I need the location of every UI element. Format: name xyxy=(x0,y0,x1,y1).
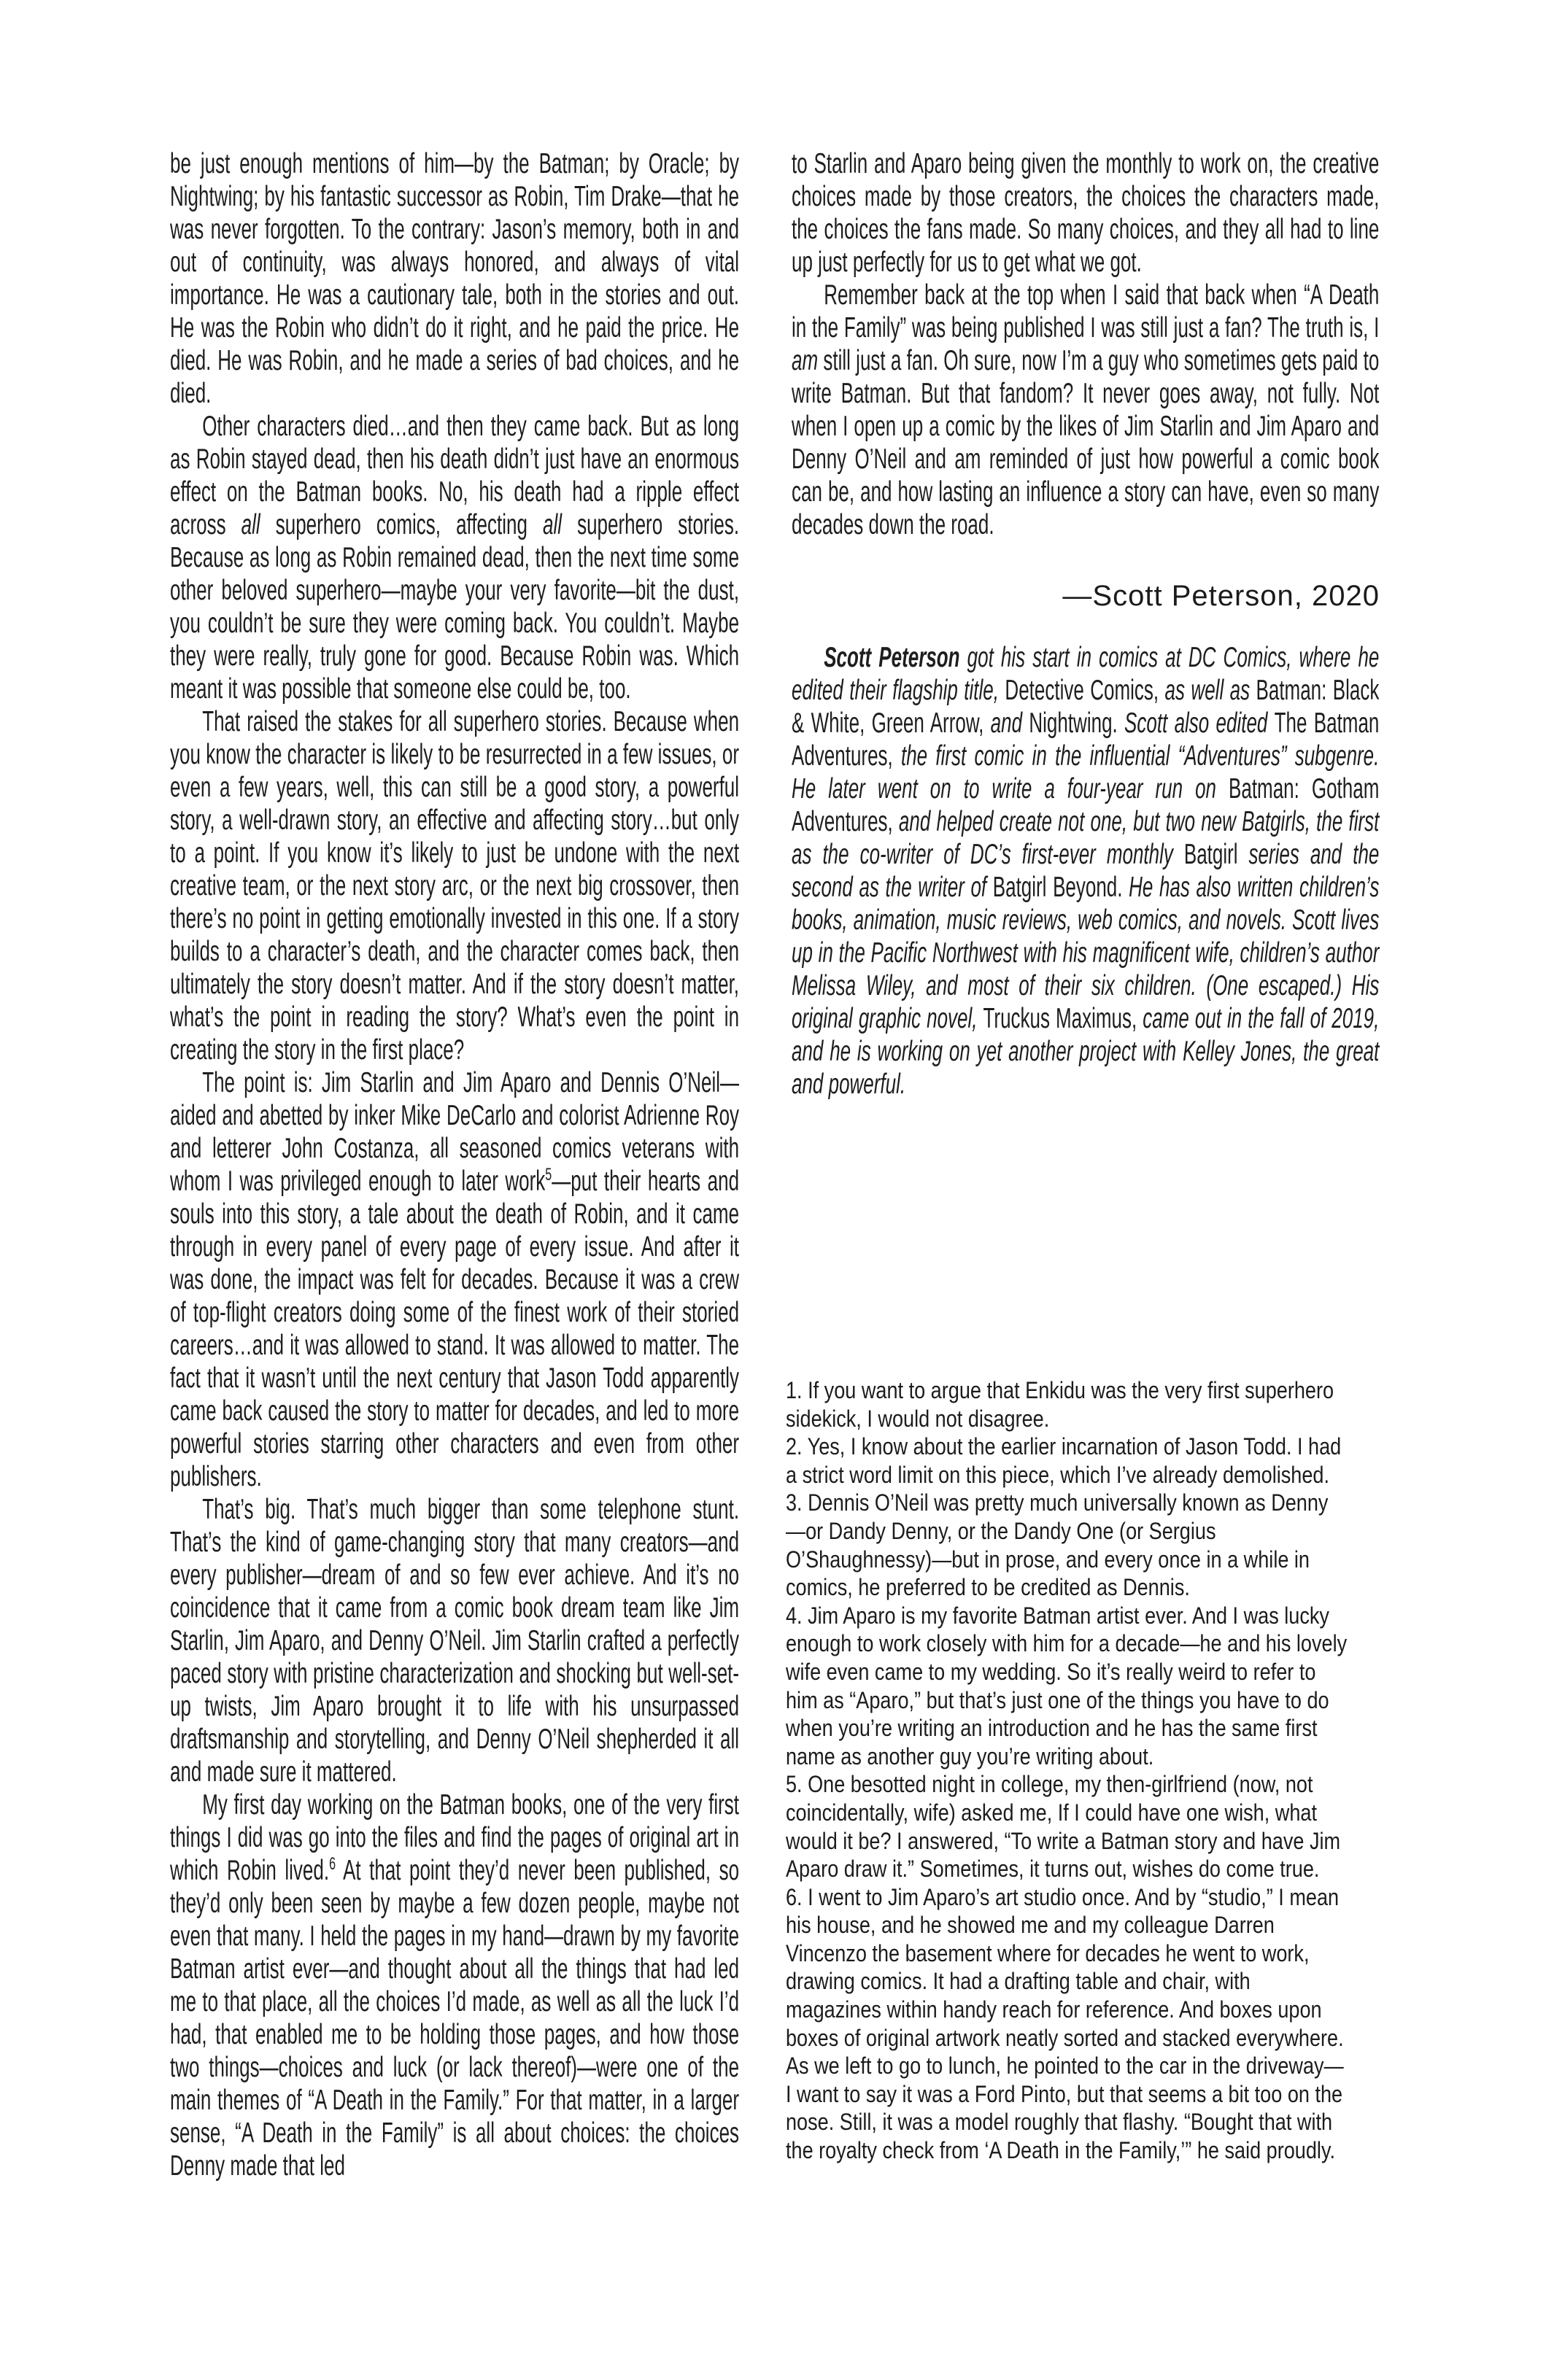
body-paragraph: That raised the stakes for all superhero… xyxy=(170,705,739,1066)
text-run: 3. Dennis O’Neil was pretty much univers… xyxy=(786,1489,1328,1600)
text-run: That’s big. That’s much bigger than some… xyxy=(170,1494,739,1788)
text-run: 5 xyxy=(545,1165,552,1185)
right-text-column: to Starlin and Aparo being given the mon… xyxy=(792,147,1379,541)
text-run: 5. One besotted night in college, my the… xyxy=(786,1771,1340,1882)
text-run: all xyxy=(543,509,562,540)
footnote-item: 1. If you want to argue that Enkidu was … xyxy=(786,1376,1348,1433)
body-paragraph: My first day working on the Batman books… xyxy=(170,1788,739,2182)
text-run: That raised the stakes for all superhero… xyxy=(170,706,739,1066)
footnotes: 1. If you want to argue that Enkidu was … xyxy=(786,1376,1348,2165)
text-run: as well as xyxy=(1159,675,1256,706)
text-run: 6. I went to Jim Aparo’s art studio once… xyxy=(786,1884,1344,2163)
text-run: 2. Yes, I know about the earlier incarna… xyxy=(786,1433,1341,1488)
body-paragraph: That’s big. That’s much bigger than some… xyxy=(170,1493,739,1788)
text-run: Scott Peterson xyxy=(824,642,959,673)
text-run: 4. Jim Aparo is my favorite Batman artis… xyxy=(786,1602,1347,1770)
text-run: Detective Comics, xyxy=(1005,675,1159,706)
footnote-item: 5. One besotted night in college, my the… xyxy=(786,1770,1348,1883)
text-run: all xyxy=(241,509,260,540)
text-run: At that point they’d never been publishe… xyxy=(170,1855,739,2182)
text-run: still just a fan. Oh sure, now I’m a guy… xyxy=(792,345,1379,540)
text-run: Scott also edited xyxy=(1118,708,1275,739)
text-run: Remember back at the top when I said tha… xyxy=(792,279,1379,344)
text-run: Batgirl xyxy=(1184,839,1238,870)
left-text-column: be just enough mentions of him—by the Ba… xyxy=(170,147,739,2182)
footnote-item: 3. Dennis O’Neil was pretty much univers… xyxy=(786,1489,1348,1601)
body-paragraph: be just enough mentions of him—by the Ba… xyxy=(170,147,739,410)
body-paragraph: Remember back at the top when I said tha… xyxy=(792,279,1379,541)
text-run: Batgirl Beyond. xyxy=(993,872,1123,903)
footnote-item: 2. Yes, I know about the earlier incarna… xyxy=(786,1433,1348,1489)
book-page: be just enough mentions of him—by the Ba… xyxy=(0,0,1546,2380)
body-paragraph: Other characters died…and then they came… xyxy=(170,410,739,705)
text-run: Nightwing. xyxy=(1029,708,1117,739)
author-bio: Scott Peterson got his start in comics a… xyxy=(792,641,1379,1101)
body-paragraph: to Starlin and Aparo being given the mon… xyxy=(792,147,1379,279)
text-run: 1. If you want to argue that Enkidu was … xyxy=(786,1377,1334,1432)
text-run: —put their hearts and souls into this st… xyxy=(170,1166,739,1492)
footnote-item: 4. Jim Aparo is my favorite Batman artis… xyxy=(786,1602,1348,1771)
author-signature: —Scott Peterson, 2020 xyxy=(792,579,1380,613)
footnote-item: 6. I went to Jim Aparo’s art studio once… xyxy=(786,1883,1348,2165)
text-run: be just enough mentions of him—by the Ba… xyxy=(170,148,739,409)
bio-paragraph: Scott Peterson got his start in comics a… xyxy=(792,641,1379,1101)
text-run: to Starlin and Aparo being given the mon… xyxy=(792,148,1379,278)
text-run: 6 xyxy=(329,1854,336,1874)
text-run: superhero comics, affecting xyxy=(260,509,543,540)
text-run: Truckus Maximus, xyxy=(983,1003,1137,1034)
text-run: am xyxy=(792,345,818,376)
text-run: and xyxy=(983,708,1029,739)
body-paragraph: The point is: Jim Starlin and Jim Aparo … xyxy=(170,1066,739,1493)
